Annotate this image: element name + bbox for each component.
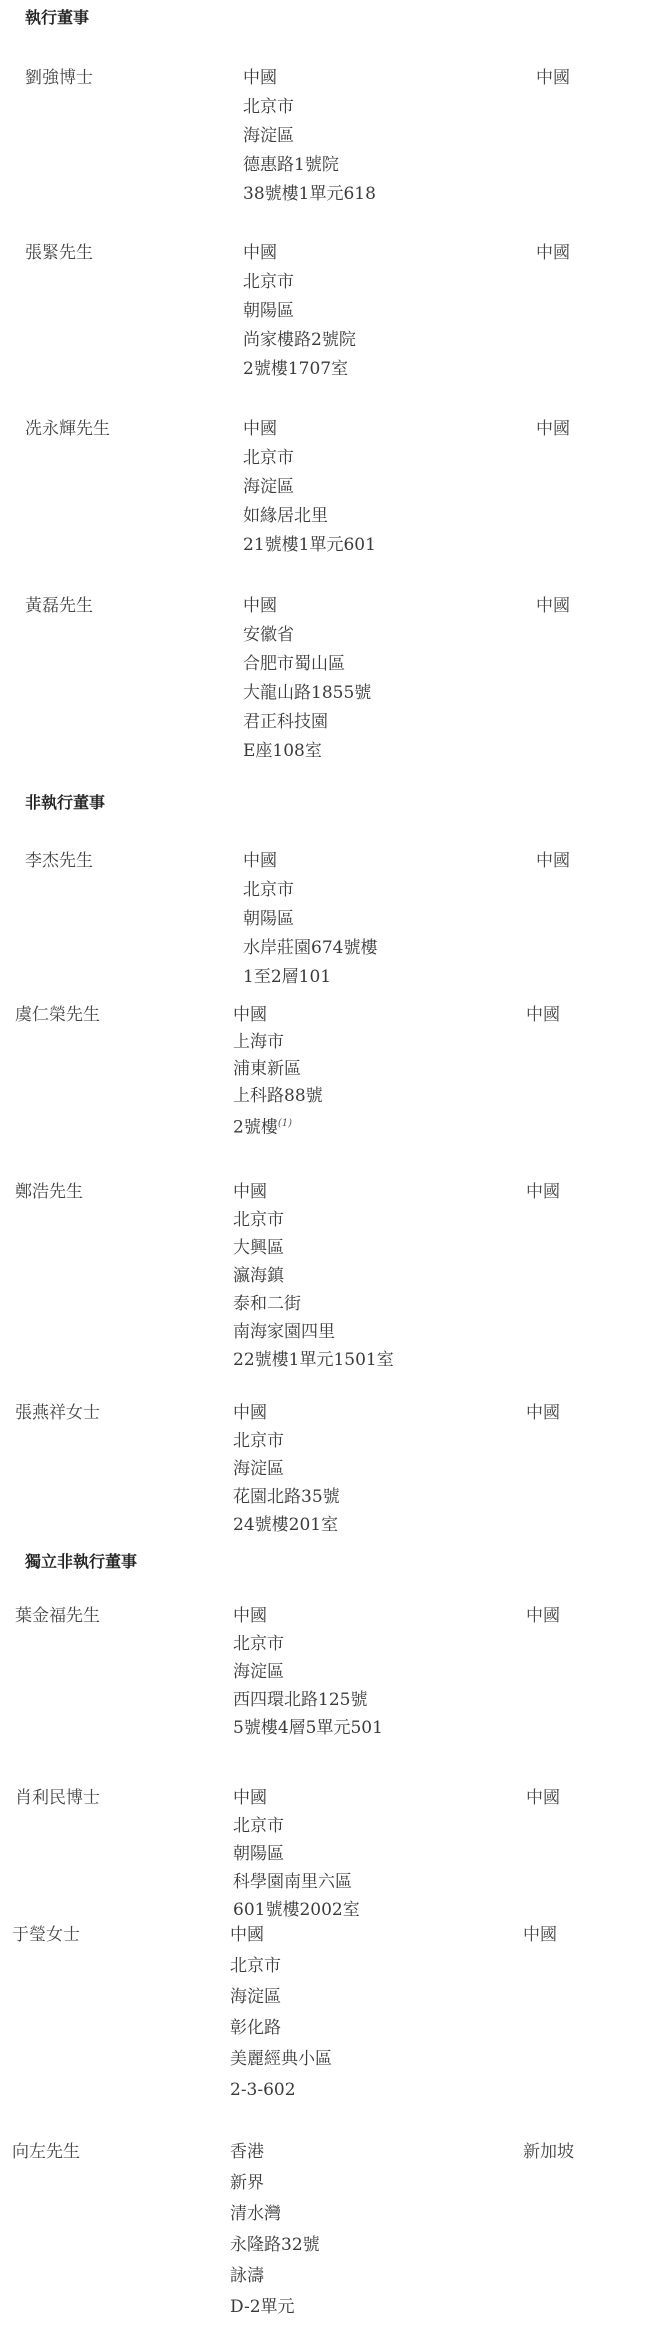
address-line: 泰和二街 bbox=[233, 1290, 394, 1318]
address-line-text: 水岸莊園674號樓 bbox=[243, 938, 377, 958]
address-line-text: 花園北路35號 bbox=[233, 1487, 340, 1507]
address-line-text: 香港 bbox=[230, 2142, 264, 2162]
address-line: 君正科技園 bbox=[243, 708, 371, 737]
address-line-text: 北京市 bbox=[243, 448, 294, 468]
address-line-text: 朝陽區 bbox=[233, 1844, 284, 1864]
residential-address: 中國北京市海淀區西四環北路125號5號樓4層5單元501 bbox=[233, 1602, 383, 1742]
residential-address: 中國北京市朝陽區尚家樓路2號院2號樓1707室 bbox=[243, 239, 356, 384]
address-line: 北京市 bbox=[243, 444, 376, 473]
address-line-text: 北京市 bbox=[243, 97, 294, 117]
nationality: 中國 bbox=[526, 1002, 560, 1029]
nationality: 中國 bbox=[526, 1399, 560, 1427]
address-line-text: 中國 bbox=[233, 1005, 267, 1025]
nationality: 中國 bbox=[536, 415, 570, 444]
address-line: 中國 bbox=[243, 415, 376, 444]
address-line-text: 上海市 bbox=[233, 1032, 284, 1052]
address-line-text: 2-3-602 bbox=[230, 2080, 296, 2100]
address-line-text: 南海家園四里 bbox=[233, 1322, 335, 1342]
address-line: E座108室 bbox=[243, 737, 371, 766]
address-line: 新界 bbox=[230, 2168, 320, 2199]
address-line: 北京市 bbox=[233, 1427, 340, 1455]
address-line: 如緣居北里 bbox=[243, 502, 376, 531]
nationality: 中國 bbox=[536, 239, 570, 268]
address-line-text: 西四環北路125號 bbox=[233, 1690, 367, 1710]
address-line-text: 合肥市蜀山區 bbox=[243, 654, 345, 674]
address-line: 中國 bbox=[243, 847, 377, 876]
address-line-text: 上科路88號 bbox=[233, 1086, 323, 1106]
address-line-text: 24號樓201室 bbox=[233, 1515, 338, 1535]
address-line: 中國 bbox=[233, 1399, 340, 1427]
address-line: 中國 bbox=[243, 64, 376, 93]
address-line-text: 清水灣 bbox=[230, 2204, 281, 2224]
address-line-text: 瀛海鎮 bbox=[233, 1266, 284, 1286]
address-line-text: 科學園南里六區 bbox=[233, 1872, 352, 1892]
residential-address: 中國北京市朝陽區科學園南里六區601號樓2002室 bbox=[233, 1784, 360, 1924]
address-line: 中國 bbox=[243, 592, 371, 621]
address-line-text: 海淀區 bbox=[230, 1987, 281, 2007]
residential-address: 中國北京市海淀區花園北路35號24號樓201室 bbox=[233, 1399, 340, 1539]
address-line: 朝陽區 bbox=[243, 905, 377, 934]
address-line: 北京市 bbox=[233, 1812, 360, 1840]
nationality: 中國 bbox=[536, 592, 570, 621]
address-line: D-2單元 bbox=[230, 2292, 320, 2323]
address-line: 中國 bbox=[233, 1784, 360, 1812]
address-line-text: 2號樓1707室 bbox=[243, 359, 348, 379]
address-line-text: 中國 bbox=[233, 1182, 267, 1202]
address-line-text: 泰和二街 bbox=[233, 1294, 301, 1314]
address-line: 西四環北路125號 bbox=[233, 1686, 383, 1714]
address-line-text: 中國 bbox=[243, 243, 277, 263]
address-line: 21號樓1單元601 bbox=[243, 531, 376, 560]
address-line-text: 2號樓 bbox=[233, 1118, 278, 1138]
address-line: 花園北路35號 bbox=[233, 1483, 340, 1511]
address-line: 安徽省 bbox=[243, 621, 371, 650]
director-name: 劉強博士 bbox=[25, 64, 93, 93]
address-line-text: 中國 bbox=[243, 851, 277, 871]
address-line-text: 尚家樓路2號院 bbox=[243, 330, 356, 350]
address-line-text: 永隆路32號 bbox=[230, 2235, 320, 2255]
residential-address: 中國北京市朝陽區水岸莊園674號樓1至2層101 bbox=[243, 847, 377, 992]
address-line: 北京市 bbox=[243, 93, 376, 122]
address-line: 尚家樓路2號院 bbox=[243, 326, 356, 355]
address-line: 美麗經典小區 bbox=[230, 2044, 332, 2075]
address-line: 22號樓1單元1501室 bbox=[233, 1346, 394, 1374]
address-line: 北京市 bbox=[230, 1951, 332, 1982]
address-line-text: 中國 bbox=[230, 1925, 264, 1945]
address-line: 科學園南里六區 bbox=[233, 1868, 360, 1896]
address-line-text: 海淀區 bbox=[233, 1459, 284, 1479]
address-line: 德惠路1號院 bbox=[243, 151, 376, 180]
address-line: 中國 bbox=[233, 1602, 383, 1630]
address-line-text: 北京市 bbox=[230, 1956, 281, 1976]
address-line-text: 德惠路1號院 bbox=[243, 155, 339, 175]
address-line: 中國 bbox=[230, 1920, 332, 1951]
residential-address: 中國北京市海淀區如緣居北里21號樓1單元601 bbox=[243, 415, 376, 560]
address-line: 2號樓(1) bbox=[233, 1110, 323, 1142]
address-line: 北京市 bbox=[243, 268, 356, 297]
address-line-text: 中國 bbox=[243, 419, 277, 439]
address-line: 海淀區 bbox=[230, 1982, 332, 2013]
address-line: 大龍山路1855號 bbox=[243, 679, 371, 708]
address-line: 5號樓4層5單元501 bbox=[233, 1714, 383, 1742]
address-line: 上海市 bbox=[233, 1029, 323, 1056]
address-line-text: E座108室 bbox=[243, 741, 322, 761]
residential-address: 中國北京市海淀區德惠路1號院38號樓1單元618 bbox=[243, 64, 376, 209]
address-line-text: 海淀區 bbox=[233, 1662, 284, 1682]
address-line: 永隆路32號 bbox=[230, 2230, 320, 2261]
address-line-text: 君正科技園 bbox=[243, 712, 328, 732]
residential-address: 中國北京市海淀區彰化路美麗經典小區2-3-602 bbox=[230, 1920, 332, 2106]
address-line-text: 彰化路 bbox=[230, 2018, 281, 2038]
address-line: 中國 bbox=[233, 1178, 394, 1206]
address-line-text: 海淀區 bbox=[243, 477, 294, 497]
address-line-text: 海淀區 bbox=[243, 126, 294, 146]
address-line-text: 38號樓1單元618 bbox=[243, 184, 376, 204]
director-name: 張緊先生 bbox=[25, 239, 93, 268]
director-name: 向左先生 bbox=[12, 2137, 80, 2168]
address-line: 朝陽區 bbox=[243, 297, 356, 326]
nationality: 中國 bbox=[526, 1602, 560, 1630]
address-line-text: 1至2層101 bbox=[243, 967, 331, 987]
address-line: 海淀區 bbox=[233, 1455, 340, 1483]
address-line-text: 北京市 bbox=[243, 880, 294, 900]
address-line-text: 朝陽區 bbox=[243, 909, 294, 929]
address-line-text: 大龍山路1855號 bbox=[243, 683, 371, 703]
address-line: 詠濤 bbox=[230, 2261, 320, 2292]
address-line-text: 21號樓1單元601 bbox=[243, 535, 376, 555]
address-line: 1至2層101 bbox=[243, 963, 377, 992]
address-line: 中國 bbox=[243, 239, 356, 268]
address-line: 24號樓201室 bbox=[233, 1511, 340, 1539]
address-line: 2號樓1707室 bbox=[243, 355, 356, 384]
director-name: 張燕祥女士 bbox=[15, 1399, 100, 1427]
address-line: 上科路88號 bbox=[233, 1083, 323, 1110]
address-line-text: 北京市 bbox=[233, 1816, 284, 1836]
director-name: 肖利民博士 bbox=[15, 1784, 100, 1812]
footnote-marker: (1) bbox=[278, 1118, 292, 1129]
nationality: 中國 bbox=[526, 1784, 560, 1812]
nationality: 中國 bbox=[536, 847, 570, 876]
director-name: 黃磊先生 bbox=[25, 592, 93, 621]
section-heading: 執行董事 bbox=[25, 8, 89, 28]
address-line: 合肥市蜀山區 bbox=[243, 650, 371, 679]
residential-address: 中國北京市大興區瀛海鎮泰和二街南海家園四里22號樓1單元1501室 bbox=[233, 1178, 394, 1374]
address-line: 香港 bbox=[230, 2137, 320, 2168]
address-line: 南海家園四里 bbox=[233, 1318, 394, 1346]
address-line-text: 北京市 bbox=[233, 1634, 284, 1654]
address-line-text: 北京市 bbox=[233, 1431, 284, 1451]
address-line-text: 中國 bbox=[233, 1788, 267, 1808]
director-name: 葉金福先生 bbox=[15, 1602, 100, 1630]
address-line-text: 浦東新區 bbox=[233, 1059, 301, 1079]
address-line-text: 詠濤 bbox=[230, 2266, 264, 2286]
nationality: 新加坡 bbox=[523, 2137, 574, 2168]
section-heading: 獨立非執行董事 bbox=[25, 1552, 137, 1572]
address-line: 38號樓1單元618 bbox=[243, 180, 376, 209]
address-line-text: 22號樓1單元1501室 bbox=[233, 1350, 394, 1370]
address-line-text: 北京市 bbox=[243, 272, 294, 292]
address-line: 浦東新區 bbox=[233, 1056, 323, 1083]
residential-address: 中國上海市浦東新區上科路88號2號樓(1) bbox=[233, 1002, 323, 1142]
address-line-text: D-2單元 bbox=[230, 2297, 295, 2317]
director-name: 于瑩女士 bbox=[12, 1920, 80, 1951]
address-line-text: 中國 bbox=[233, 1403, 267, 1423]
address-line: 大興區 bbox=[233, 1234, 394, 1262]
address-line: 北京市 bbox=[233, 1206, 394, 1234]
address-line: 水岸莊園674號樓 bbox=[243, 934, 377, 963]
address-line-text: 北京市 bbox=[233, 1210, 284, 1230]
residential-address: 香港新界清水灣永隆路32號詠濤D-2單元 bbox=[230, 2137, 320, 2323]
address-line-text: 601號樓2002室 bbox=[233, 1900, 360, 1920]
address-line: 海淀區 bbox=[233, 1658, 383, 1686]
section-heading: 非執行董事 bbox=[25, 793, 105, 813]
address-line-text: 中國 bbox=[233, 1606, 267, 1626]
address-line: 海淀區 bbox=[243, 122, 376, 151]
director-name: 李杰先生 bbox=[25, 847, 93, 876]
nationality: 中國 bbox=[526, 1178, 560, 1206]
address-line-text: 中國 bbox=[243, 68, 277, 88]
address-line-text: 中國 bbox=[243, 596, 277, 616]
director-name: 冼永輝先生 bbox=[25, 415, 110, 444]
address-line: 瀛海鎮 bbox=[233, 1262, 394, 1290]
address-line-text: 安徽省 bbox=[243, 625, 294, 645]
address-line: 北京市 bbox=[233, 1630, 383, 1658]
director-name: 鄭浩先生 bbox=[15, 1178, 83, 1206]
address-line-text: 大興區 bbox=[233, 1238, 284, 1258]
residential-address: 中國安徽省合肥市蜀山區大龍山路1855號君正科技園E座108室 bbox=[243, 592, 371, 766]
address-line: 清水灣 bbox=[230, 2199, 320, 2230]
address-line: 中國 bbox=[233, 1002, 323, 1029]
address-line: 朝陽區 bbox=[233, 1840, 360, 1868]
address-line-text: 如緣居北里 bbox=[243, 506, 328, 526]
address-line: 2-3-602 bbox=[230, 2075, 332, 2106]
address-line-text: 美麗經典小區 bbox=[230, 2049, 332, 2069]
address-line-text: 5號樓4層5單元501 bbox=[233, 1718, 383, 1738]
address-line-text: 朝陽區 bbox=[243, 301, 294, 321]
nationality: 中國 bbox=[523, 1920, 557, 1951]
nationality: 中國 bbox=[536, 64, 570, 93]
address-line: 海淀區 bbox=[243, 473, 376, 502]
address-line-text: 新界 bbox=[230, 2173, 264, 2193]
address-line: 北京市 bbox=[243, 876, 377, 905]
address-line: 彰化路 bbox=[230, 2013, 332, 2044]
director-name: 虞仁榮先生 bbox=[15, 1002, 100, 1029]
